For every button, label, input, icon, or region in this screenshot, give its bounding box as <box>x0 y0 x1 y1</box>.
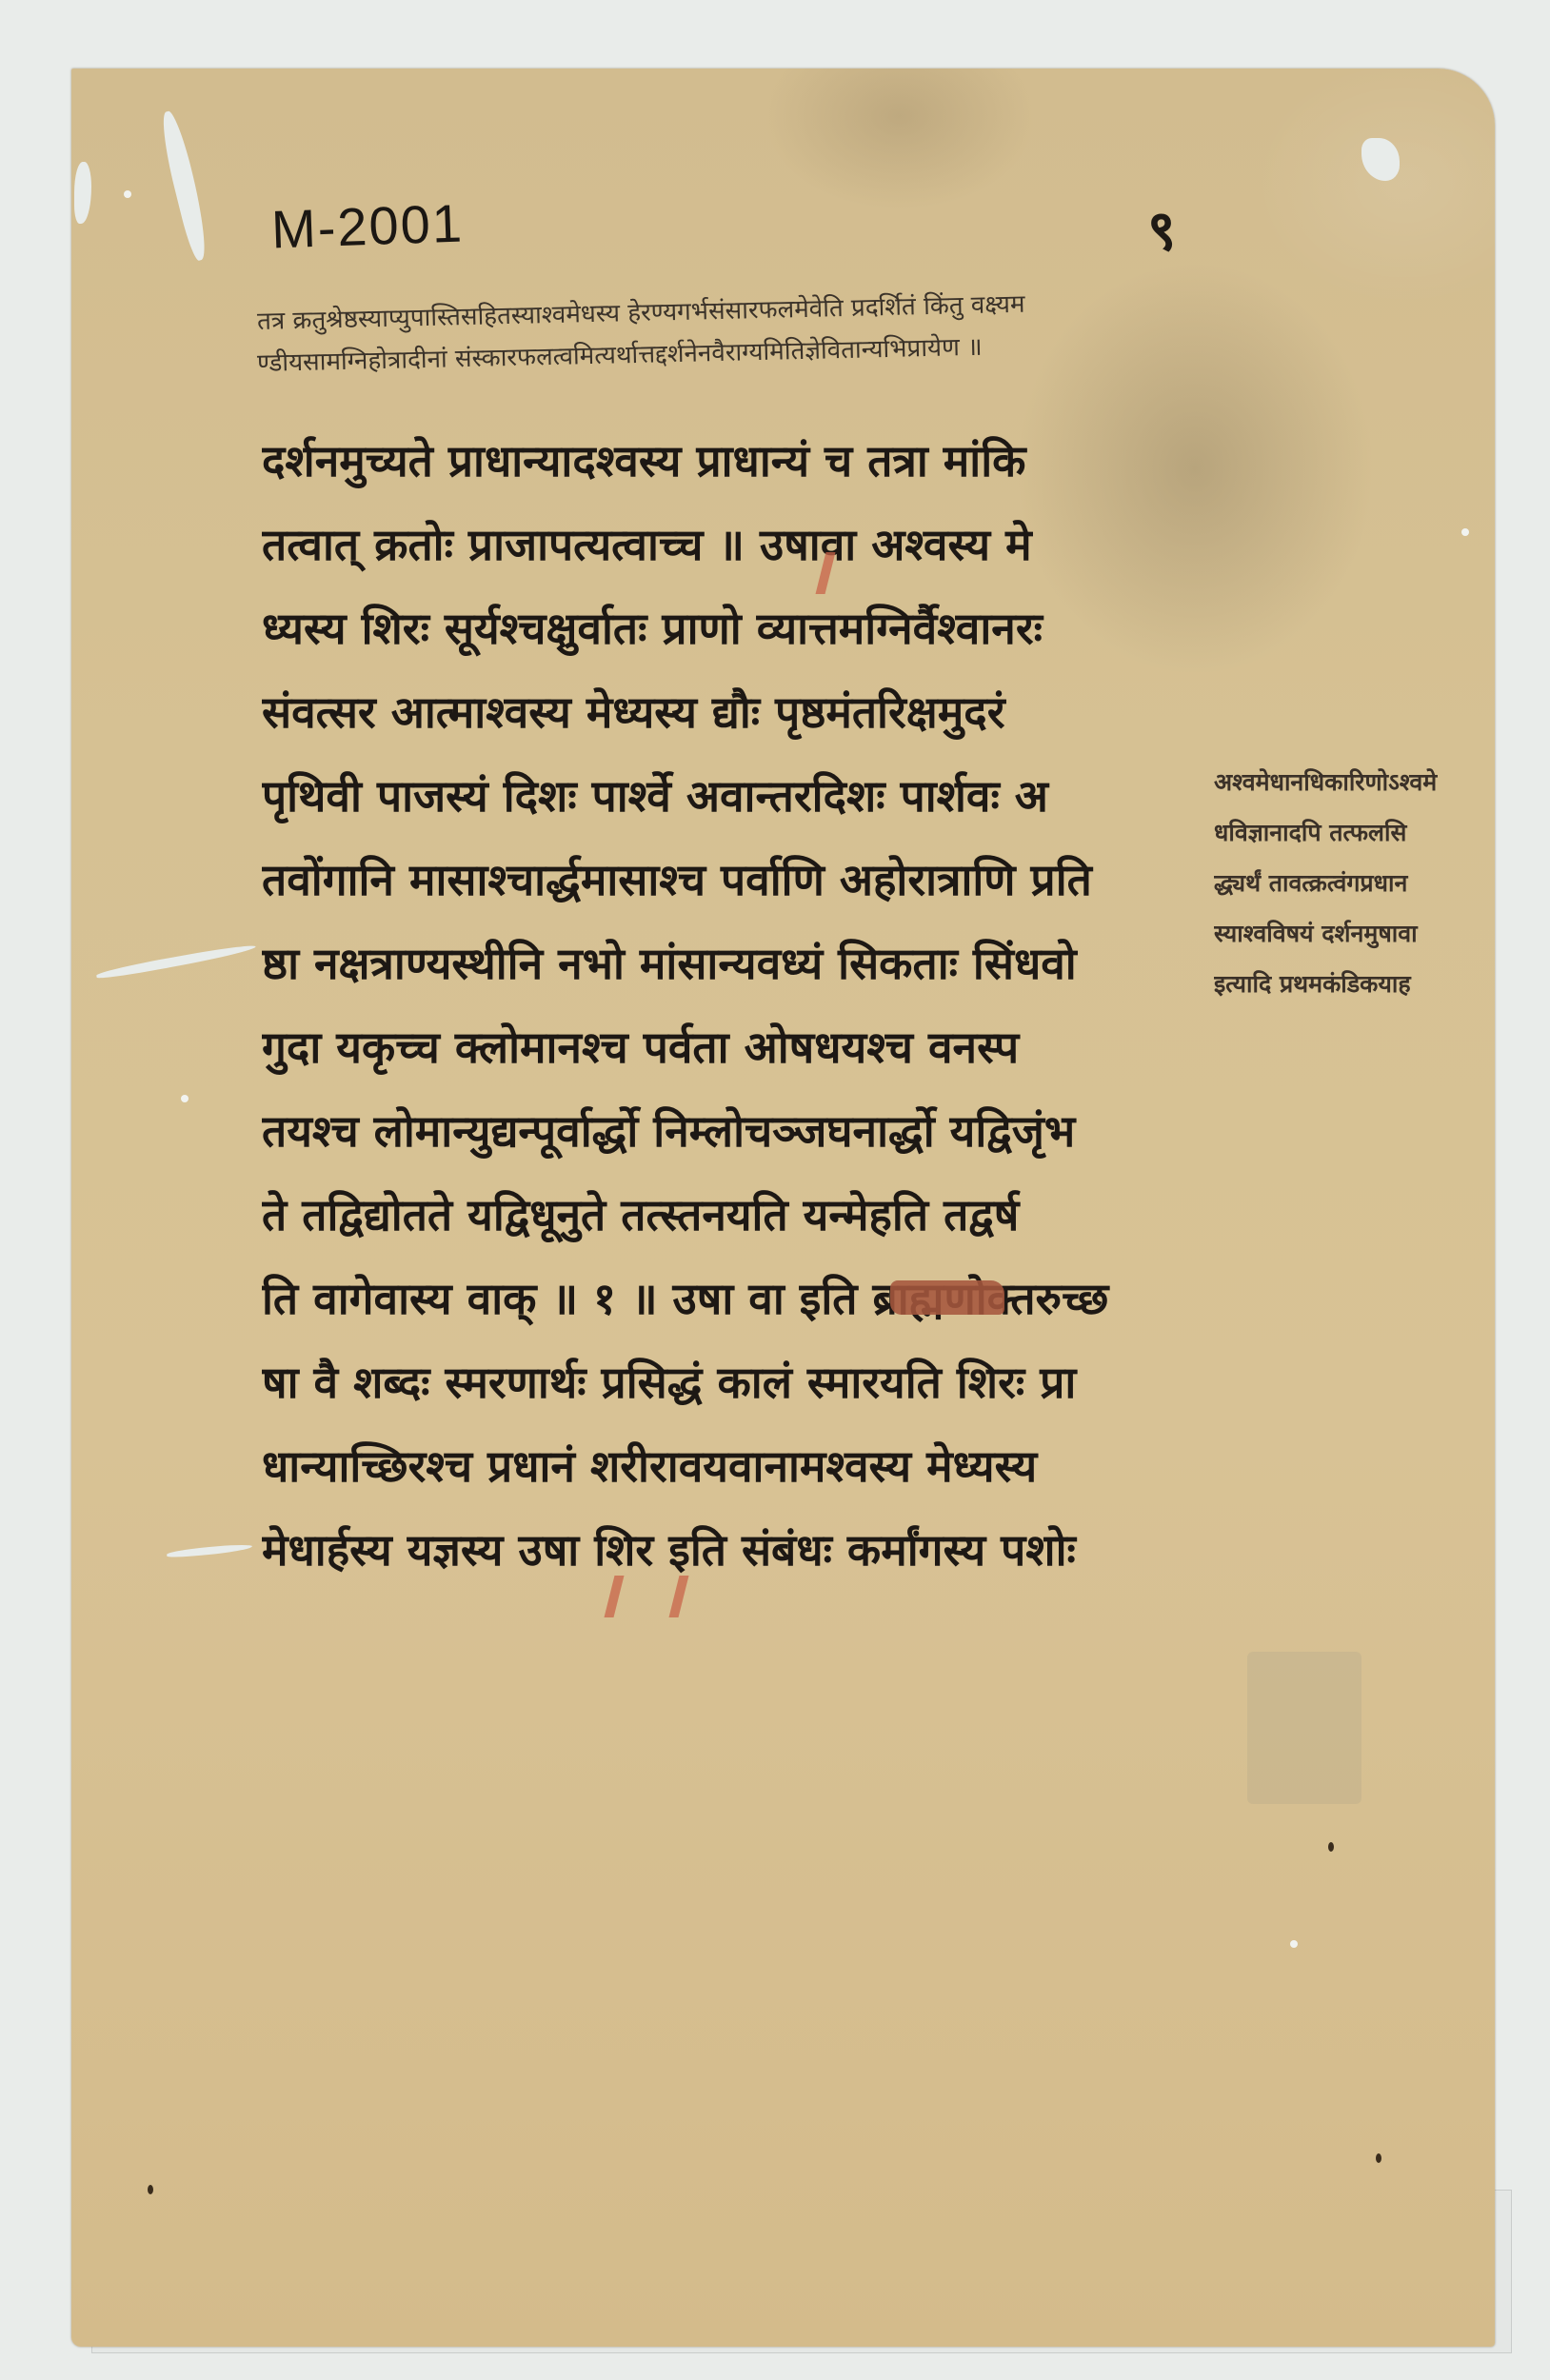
margin-line-2: धविज्ञानादपि तत्फलसि <box>1214 807 1504 858</box>
text-line-2: तत्वात् क्रतोः प्राजापत्यत्वाच्च ॥ उषावा… <box>262 503 1223 586</box>
paper-hole <box>1461 528 1469 536</box>
ink-speck <box>1376 2153 1381 2163</box>
folio-number: ९ <box>1147 190 1176 266</box>
text-line-8: गुदा यकृच्च क्लोमानश्च पर्वता ओषधयश्च वन… <box>262 1005 1223 1089</box>
margin-line-5: इत्यादि प्रथमकंडिकयाह <box>1214 959 1504 1009</box>
text-line-6: तवोंगानि मासाश्चार्द्धमासाश्च पर्वाणि अह… <box>262 838 1223 922</box>
text-line-4: संवत्सर आत्माश्वस्य मेध्यस्य द्यौः पृष्ठ… <box>262 670 1223 754</box>
paper-hole <box>124 190 131 198</box>
text-line-10: ते तद्विद्योतते यद्विधूनुते तत्स्तनयति य… <box>262 1173 1223 1257</box>
red-correction-patch <box>890 1280 1004 1315</box>
margin-line-1: अश्वमेधानधिकारिणोऽश्वमे <box>1214 757 1504 807</box>
faded-stamp <box>1247 1652 1361 1804</box>
marginal-note: अश्वमेधानधिकारिणोऽश्वमे धविज्ञानादपि तत्… <box>1214 757 1504 1009</box>
text-line-1: दर्शनमुच्यते प्राधान्यादश्वस्य प्राधान्य… <box>262 419 1223 503</box>
text-line-3: ध्यस्य शिरः सूर्यश्चक्षुर्वातः प्राणो व्… <box>262 586 1223 670</box>
text-line-11: ति वागेवास्य वाक् ॥ १ ॥ उषा वा इति ब्राह… <box>262 1257 1223 1340</box>
text-line-7: ष्ठा नक्षत्राण्यस्थीनि नभो मांसान्यवध्यं… <box>262 922 1223 1005</box>
text-line-13: धान्याच्छिरश्च प्रधानं शरीरावयवानामश्वस्… <box>262 1424 1223 1508</box>
accession-label: M-2001 <box>270 191 465 260</box>
paper-hole <box>1290 1940 1298 1948</box>
main-text-block: दर्शनमुच्यते प्राधान्यादश्वस्य प्राधान्य… <box>262 419 1223 1592</box>
text-line-9: तयश्च लोमान्युद्यन्पूर्वार्द्धो निम्लोचञ… <box>262 1089 1223 1173</box>
text-line-14: मेधार्हस्य यज्ञस्य उषा शिर इति संबंधः कर… <box>262 1508 1223 1592</box>
text-line-12: षा वै शब्दः स्मरणार्थः प्रसिद्धं कालं स्… <box>262 1340 1223 1424</box>
ink-speck <box>148 2185 153 2194</box>
margin-line-4: स्याश्वविषयं दर्शनमुषावा <box>1214 908 1504 959</box>
text-line-5: पृथिवी पाजस्यं दिशः पार्श्वे अवान्तरदिशः… <box>262 754 1223 838</box>
ink-speck <box>1328 1842 1334 1852</box>
margin-line-3: द्ध्यर्थं तावत्क्रत्वंगप्रधान <box>1214 858 1504 908</box>
paper-hole <box>181 1095 189 1102</box>
